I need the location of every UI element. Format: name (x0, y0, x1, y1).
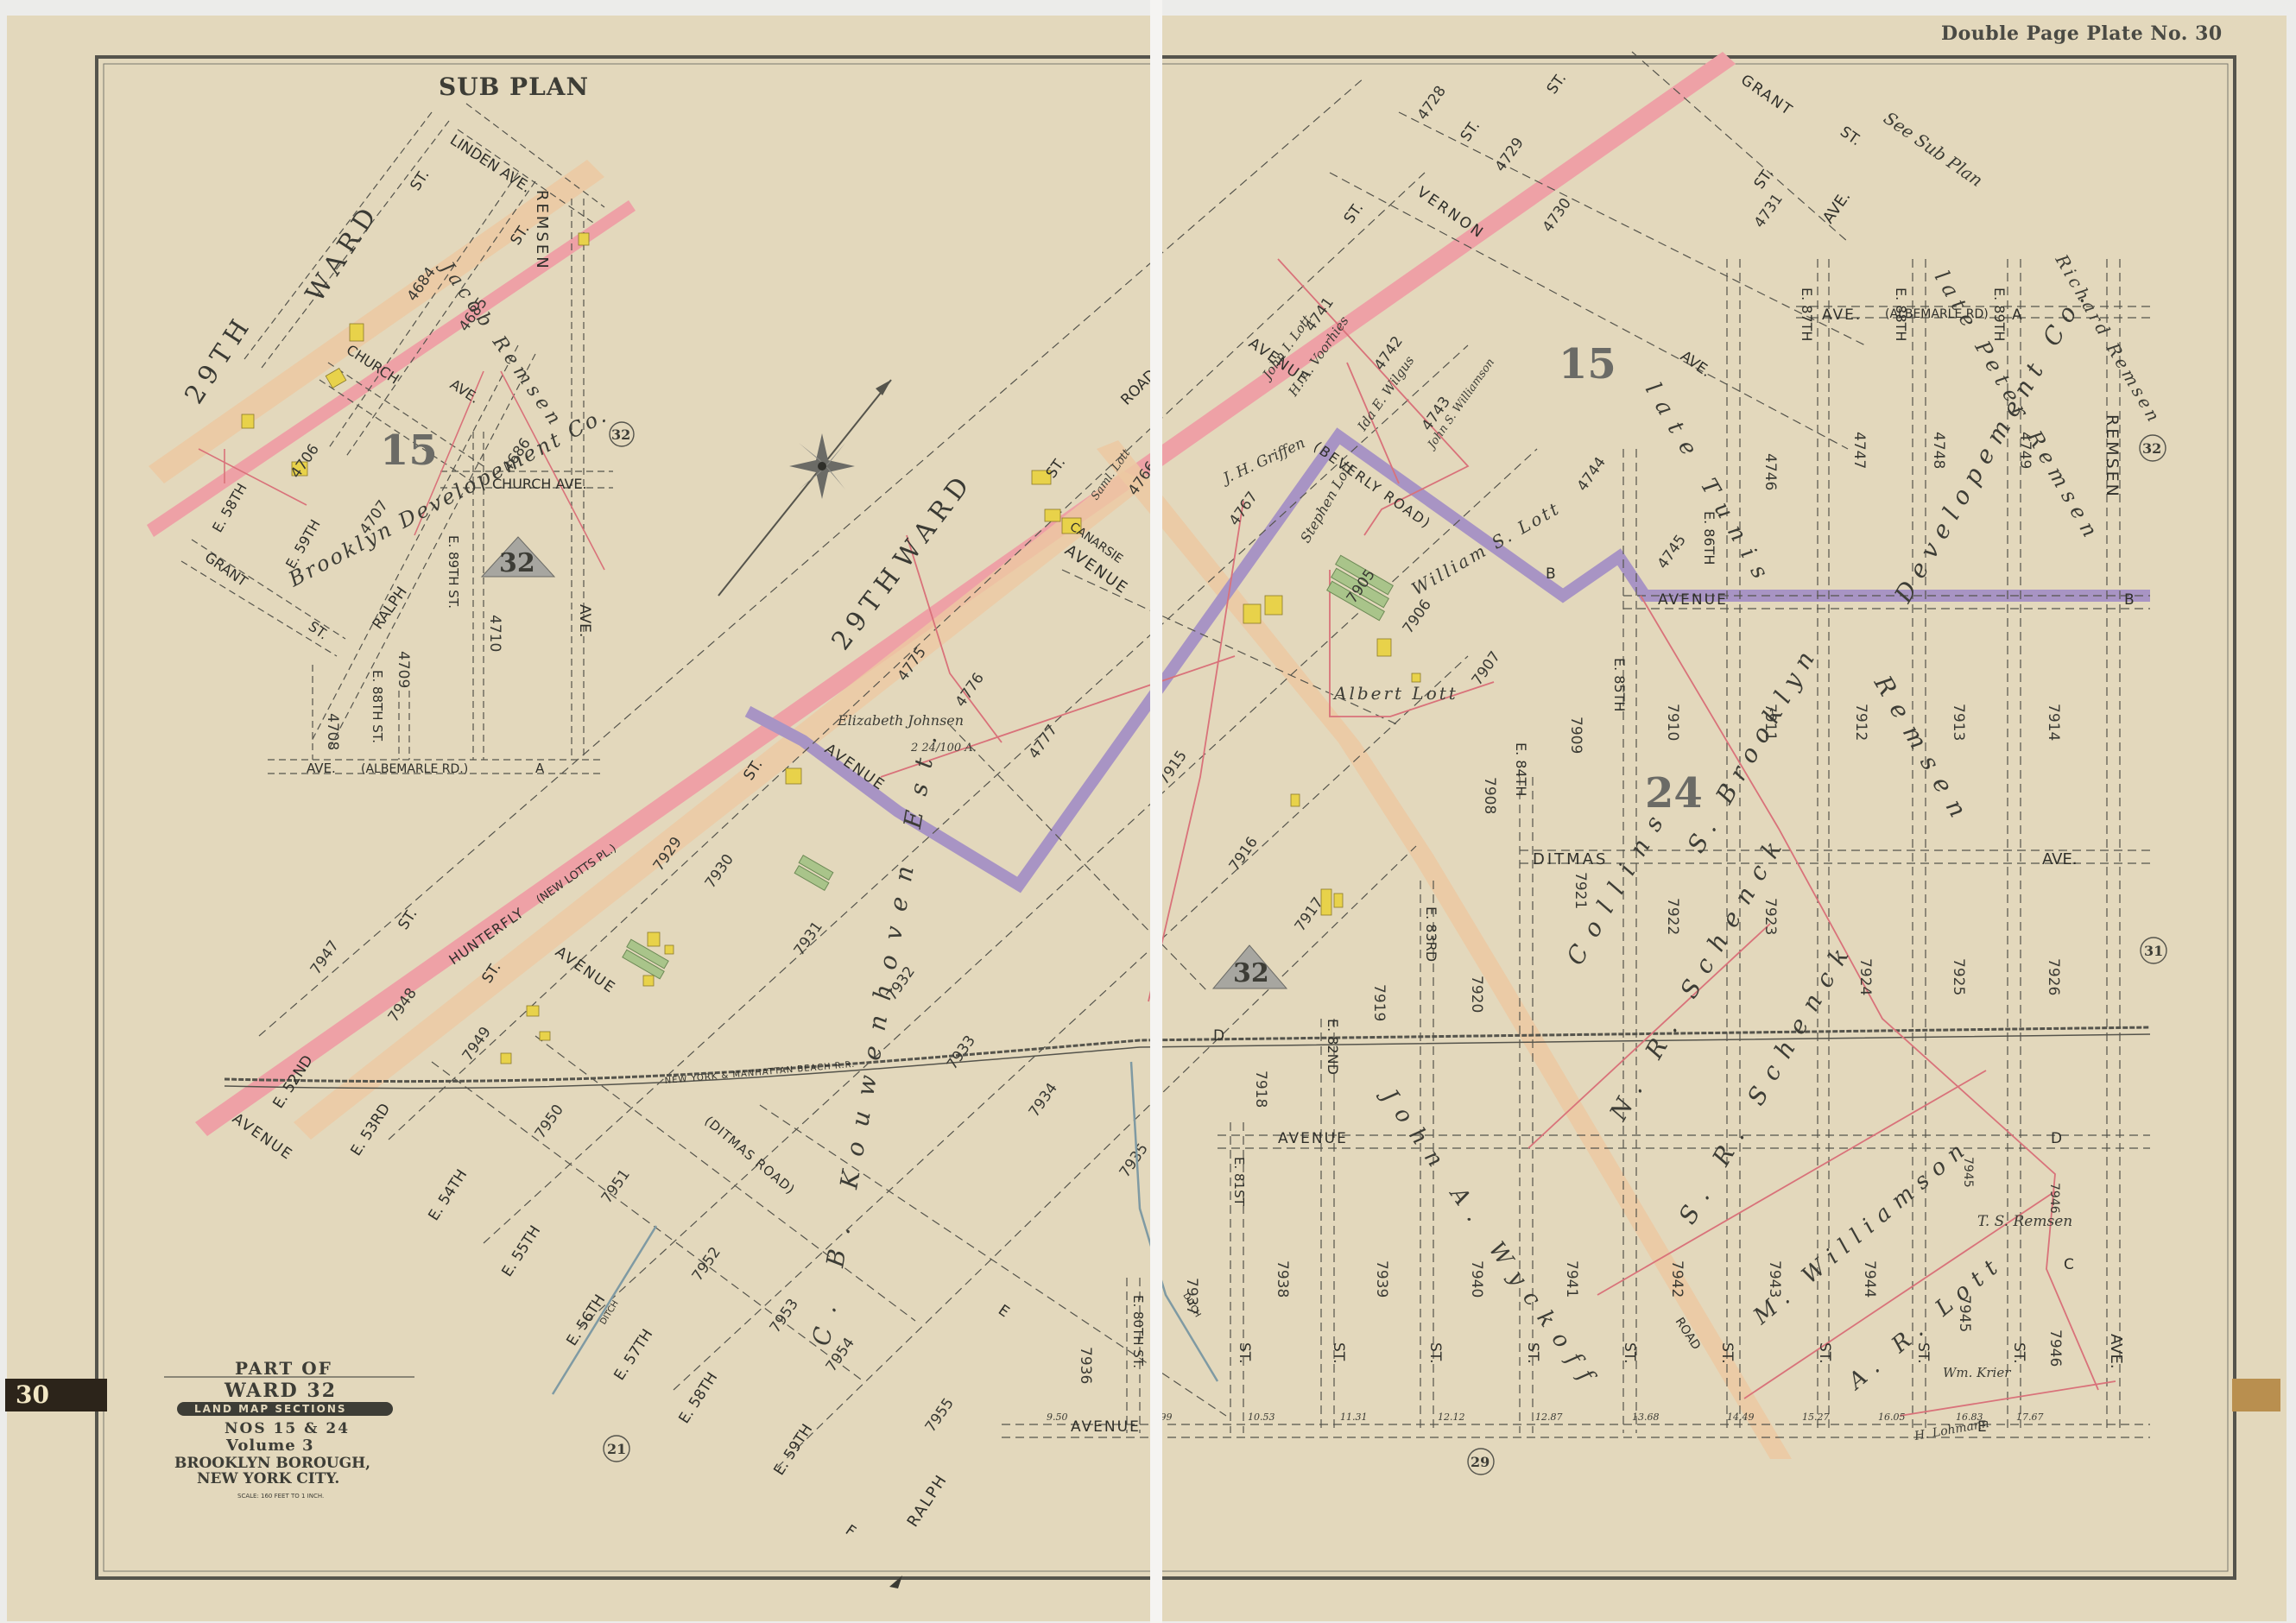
owner-remsen-24: Remsen (1868, 670, 1978, 832)
st-label-6: ST. (1718, 1342, 1736, 1364)
street-e81: E. 81ST (1231, 1157, 1247, 1207)
title-ward: WARD 32 (224, 1380, 337, 1402)
lot-7947: 7947 (307, 938, 343, 978)
title-scale: SCALE: 160 FEET TO 1 INCH. (237, 1493, 324, 1500)
circle-ref-31[interactable]: 31 (2144, 943, 2163, 959)
street-e89: E. 89TH ST. (446, 535, 461, 609)
lot-4730: 4730 (1540, 195, 1575, 236)
street-avenue-d: AVENUE (1278, 1130, 1348, 1147)
lot-4767: 4767 (1226, 489, 1262, 529)
elev-2: 10.53 (1248, 1411, 1275, 1423)
lot-4777: 4777 (1026, 722, 1061, 762)
street-st-top-2: ST. (1544, 70, 1570, 98)
lot-7918: 7918 (1252, 1070, 1269, 1108)
sub-ward-label: WARD (300, 198, 386, 308)
lot-7953: 7953 (767, 1296, 802, 1336)
street-avenue-left: AVENUE (229, 1110, 296, 1165)
street-ralph: RALPH (904, 1471, 952, 1531)
lot-7933: 7933 (944, 1033, 979, 1073)
lot-7935: 7935 (1116, 1140, 1152, 1181)
lot-4708: 4708 (324, 713, 341, 750)
lot-4709: 4709 (395, 651, 412, 688)
title-borough: BROOKLYN BOROUGH, (174, 1455, 370, 1472)
lot-4744: 4744 (1574, 454, 1610, 495)
lot-7936: 7936 (1077, 1347, 1094, 1384)
ditch-left (553, 1226, 656, 1394)
elev-8: 15.27 (1802, 1411, 1830, 1423)
lot-7924: 7924 (1856, 958, 1874, 995)
elev-7: 14.49 (1727, 1411, 1755, 1423)
street-ave-right: AVE. (2107, 1334, 2125, 1369)
lot-7909: 7909 (1567, 717, 1584, 754)
lot-7908: 7908 (1481, 777, 1498, 814)
street-e54: E. 54TH (425, 1166, 471, 1224)
lot-4745: 4745 (1654, 532, 1690, 572)
street-e85: E. 85TH (1611, 658, 1628, 711)
lot-7944: 7944 (1861, 1260, 1878, 1298)
section-15: 15 (1559, 340, 1616, 388)
street-e83: E. 83RD (1423, 906, 1439, 962)
lot-4710: 4710 (486, 615, 503, 652)
atlas-map: SUB PLAN LINDEN AVE. ST. ST. CHURCH AVE.… (0, 0, 2296, 1623)
lot-7925: 7925 (1950, 958, 1967, 995)
lot-7912: 7912 (1852, 704, 1869, 741)
lot-7919: 7919 (1370, 984, 1388, 1021)
page-gutter (1150, 0, 1162, 1623)
elev-0: 9.50 (1047, 1411, 1068, 1423)
street-e53: E. 53RD (347, 1101, 394, 1159)
street-st-left: ST. (395, 906, 421, 932)
street-linden: LINDEN AVE. (446, 131, 534, 196)
street-albemarle-a: A (2012, 306, 2022, 324)
plate-title: Double Page Plate No. 30 (1941, 22, 2223, 45)
title-volume: Volume 3 (225, 1437, 314, 1455)
street-ave-15: AVE. (1819, 188, 1854, 227)
railroad-rail (225, 1034, 2150, 1089)
road-hunterfly-tan (294, 470, 1148, 1140)
lot-7906: 7906 (1400, 597, 1435, 637)
lot-4729: 4729 (1492, 135, 1528, 175)
owner-s-brooklyn: S. Brooklyn (1681, 639, 1824, 857)
elev-9: 16.05 (1878, 1411, 1906, 1423)
owner-kouwenhoven: C. B. Kouwenhoven Est. (806, 717, 945, 1348)
street-grant: GRANT (202, 549, 251, 590)
street-church-ave: AVE. (447, 376, 483, 407)
main-ward-label: WARD (888, 466, 979, 574)
street-vernon-st: ST. (1341, 199, 1367, 227)
lot-7930: 7930 (702, 851, 737, 892)
page-tab-right[interactable] (2232, 1379, 2280, 1411)
title-sections: NOS 15 & 24 (225, 1420, 350, 1437)
street-ditmas-road: (DITMAS ROAD) (701, 1113, 798, 1197)
title-city: NEW YORK CITY. (197, 1470, 339, 1487)
street-albemarle-rd: (ALBEMARLE RD.) (361, 762, 468, 776)
street-albemarle-ave: AVE. (1822, 306, 1862, 324)
street-ave-15b: AVE. (1677, 348, 1714, 381)
lot-4746: 4746 (1762, 453, 1779, 490)
street-e88: E. 88TH ST. (370, 670, 385, 743)
lot-7955: 7955 (922, 1395, 958, 1436)
lot-7952: 7952 (689, 1244, 724, 1285)
elev-6: 13.68 (1632, 1411, 1660, 1423)
owner-ts-remsen: T. S. Remsen (1977, 1213, 2072, 1230)
st-label-1: ST. (1236, 1342, 1253, 1364)
lot-7931: 7931 (791, 919, 826, 959)
lot-numbers: 4728 4729 4730 4731 4741 4742 4743 4744 … (307, 83, 2064, 1436)
street-e88: E. 88TH (1893, 287, 1909, 341)
street-f: F (842, 1522, 858, 1541)
lot-7938: 7938 (1274, 1260, 1291, 1298)
lot-7940: 7940 (1468, 1260, 1485, 1298)
lot-7942: 7942 (1668, 1260, 1686, 1298)
see-sub-plan: See Sub Plan (1880, 107, 1987, 191)
owner-wyckoff: John A. Wyckoff (1374, 1082, 1605, 1397)
st-label-3: ST. (1426, 1342, 1444, 1364)
street-ralph: RALPH (370, 584, 411, 633)
street-d-left: D (1213, 1027, 1224, 1045)
lot-4706: 4706 (288, 441, 323, 482)
sub-section-number: 15 (380, 426, 438, 475)
elev-11: 17.67 (2016, 1411, 2044, 1423)
street-grant-st: ST. (1837, 123, 1864, 149)
ward-badge-main: 32 (1233, 958, 1269, 988)
lot-4776: 4776 (952, 670, 988, 710)
street-albemarle-ave: AVE. (307, 761, 336, 776)
lot-7934: 7934 (1026, 1080, 1061, 1121)
sub-plan: SUB PLAN LINDEN AVE. ST. ST. CHURCH AVE.… (147, 73, 636, 776)
street-avenue-b: AVENUE (1658, 591, 1728, 609)
lot-7920: 7920 (1468, 976, 1485, 1013)
main-map: 29TH WARD 15 24 32 32 31 29 21 See Sub P… (195, 52, 2166, 1588)
owner-griffen: J. H. Griffen (1218, 434, 1308, 489)
lot-7950: 7950 (532, 1102, 567, 1142)
street-vernon: VERNON (1414, 184, 1488, 243)
lot-7939: 7939 (1373, 1260, 1390, 1298)
street-hunterfly-avenue: AVENUE (552, 944, 619, 998)
circle-ref-32[interactable]: 32 (2142, 440, 2161, 457)
street-d: D (2051, 1130, 2062, 1147)
elev-4: 12.12 (1438, 1411, 1465, 1423)
street-st-top: ST. (1458, 117, 1483, 145)
lot-7907: 7907 (1469, 648, 1504, 689)
lot-7914: 7914 (2045, 704, 2062, 741)
street-grant: GRANT (1737, 72, 1796, 120)
lot-7910: 7910 (1664, 704, 1681, 741)
street-e82: E. 82ND (1325, 1019, 1341, 1075)
street-ditmas: DITMAS (1533, 850, 1608, 868)
elevations: 9.50 9.99 10.53 11.31 12.12 12.87 13.68 … (1047, 1411, 2044, 1423)
lot-7913: 7913 (1950, 704, 1967, 741)
street-albemarle-a: A (535, 761, 545, 776)
title-part-of: PART OF (235, 1358, 332, 1379)
owner-krier: Wm. Krier (1943, 1365, 2011, 1380)
st-label-5: ST. (1621, 1342, 1638, 1364)
lot-7923: 7923 (1762, 898, 1779, 935)
street-st-2: ST. (1751, 165, 1777, 193)
elev-5: 12.87 (1535, 1411, 1563, 1423)
lot-7941: 7941 (1563, 1260, 1580, 1298)
lot-4731: 4731 (1751, 191, 1787, 231)
owner-albert-lott: Albert Lott (1332, 683, 1458, 704)
lot-7921: 7921 (1572, 872, 1589, 909)
owner-jacob-remsen: Jacob Remsen (434, 256, 567, 433)
lot-4728: 4728 (1414, 83, 1450, 123)
street-avenue-e: AVENUE (1071, 1418, 1141, 1436)
sub-ward-badge: 32 (499, 548, 535, 578)
st-label-2: ST. (1330, 1342, 1347, 1364)
street-e87: E. 87TH (1799, 287, 1815, 341)
title-block: PART OF WARD 32 LAND MAP SECTIONS NOS 15… (164, 1358, 414, 1500)
street-remsen: REMSEN (533, 190, 551, 271)
title-land-map: LAND MAP SECTIONS (194, 1403, 347, 1415)
owner-names: John I. Lott H. A. Voorhies Ida E. Wilgu… (806, 250, 2166, 1443)
lot-7946b: 7946 (2047, 1183, 2061, 1214)
sub-plan-title: SUB PLAN (439, 73, 589, 101)
elev-10: 16.83 (1956, 1411, 1983, 1423)
street-e80: E. 80TH ST. (1130, 1295, 1146, 1368)
sub-ward-number: 29TH (179, 309, 259, 410)
street-b-right: B (2124, 591, 2135, 609)
lot-4747: 4747 (1850, 432, 1868, 469)
elev-3: 11.31 (1340, 1411, 1368, 1423)
st-label-4: ST. (1524, 1342, 1541, 1364)
st-label-7: ST. (1816, 1342, 1833, 1364)
street-e89: E. 89TH (1991, 287, 2008, 341)
lot-4748: 4748 (1930, 432, 1947, 469)
sub-circle-ref: 32 (611, 426, 630, 443)
lot-7922: 7922 (1664, 898, 1681, 935)
street-ditmas-ave: AVE. (2042, 850, 2078, 868)
street-e55: E. 55TH (498, 1222, 544, 1280)
circle-ref-21[interactable]: 21 (607, 1441, 626, 1457)
lot-7949: 7949 (459, 1024, 495, 1064)
railroad (225, 1027, 2150, 1082)
street-b: B (1546, 565, 1556, 583)
st-label-9: ST. (2010, 1342, 2027, 1364)
street-e58: E. 58TH (675, 1369, 721, 1427)
street-remsen: REMSEN (2103, 414, 2122, 499)
street-c: C (2064, 1256, 2074, 1273)
lot-7926: 7926 (2045, 958, 2062, 995)
street-e59: E. 59TH (770, 1421, 816, 1479)
lot-7946: 7946 (2046, 1329, 2064, 1367)
street-e-left: E (995, 1302, 1012, 1322)
circle-ref-29[interactable]: 29 (1471, 1454, 1490, 1470)
owner-elizabeth-johnsen: Elizabeth Johnsen (837, 712, 964, 729)
page-tab[interactable]: 30 (5, 1379, 107, 1411)
lot-7916: 7916 (1226, 834, 1262, 875)
lot-7951: 7951 (598, 1166, 634, 1207)
street-remsen-ave: AVE. (576, 604, 593, 637)
street-e84: E. 84TH (1513, 742, 1529, 796)
street-e57: E. 57TH (610, 1326, 656, 1384)
